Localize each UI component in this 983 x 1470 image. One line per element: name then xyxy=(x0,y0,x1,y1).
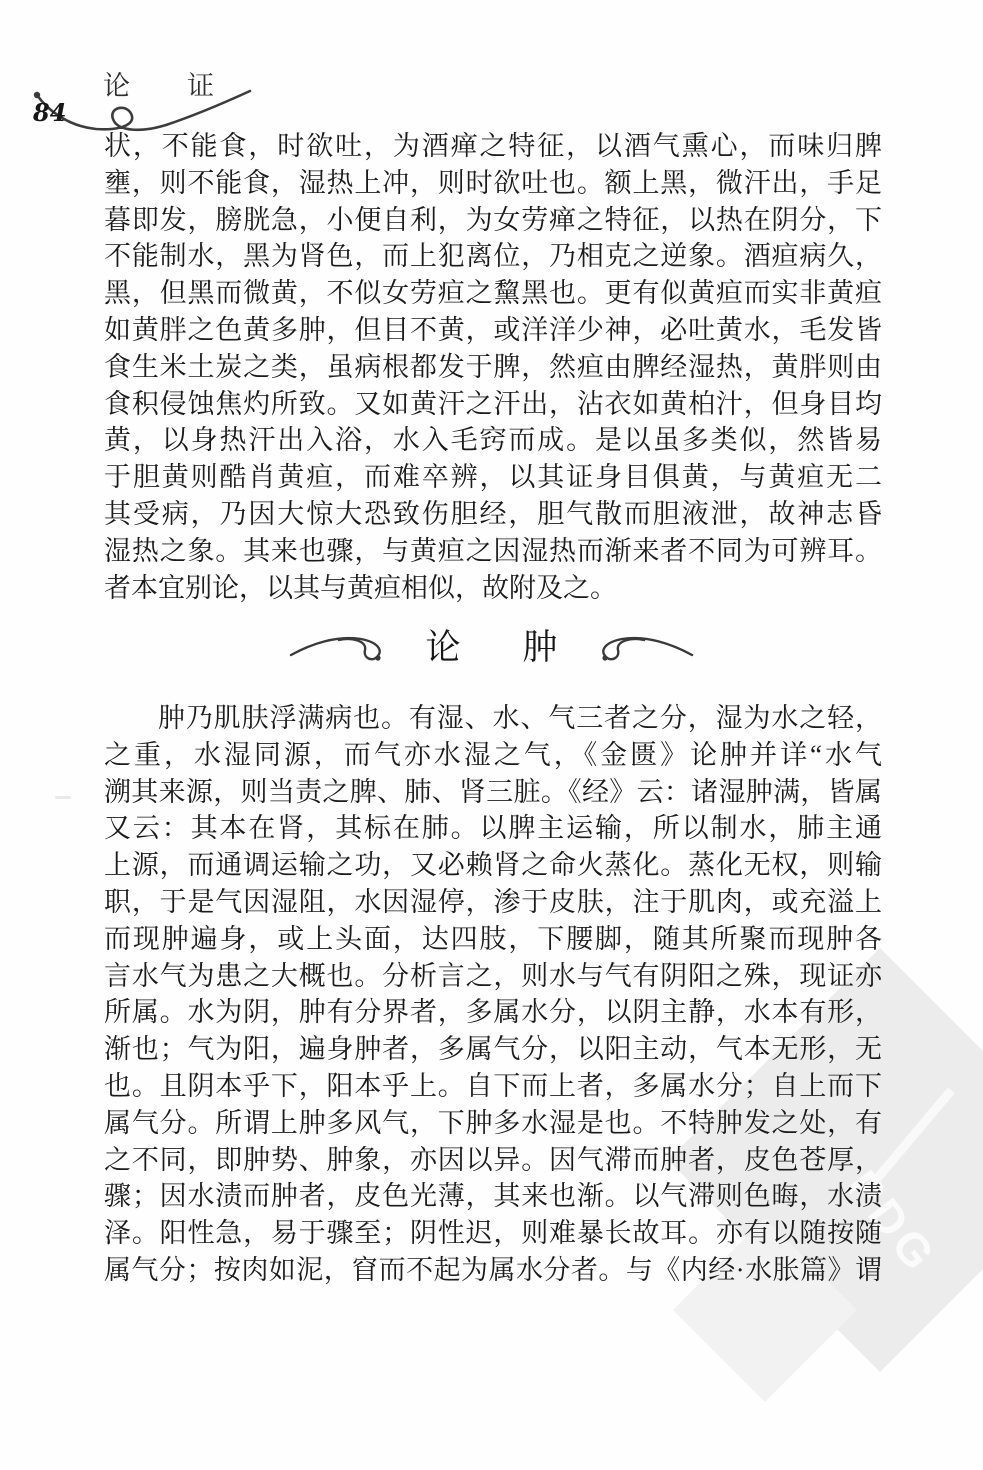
text-line: 骤；因水渍而肿者，皮色光薄，其来也渐。以气滞则色晦，水渍则色 xyxy=(104,1178,882,1215)
text-line: 壅，则不能食，湿热上冲，则时欲吐也。额上黑，微汗出，手足中热，薄 xyxy=(104,165,882,202)
text-line: 者本宜别论，以其与黄疸相似，故附及之。 xyxy=(104,570,882,607)
text-line: 于胆黄则酷肖黄疸，而难卒辨，以其证身目俱黄，与黄疸无二也。特 xyxy=(104,459,882,496)
text-line: 食生米土炭之类，虽病根都发于脾，然疸由脾经湿热，黄胖则由虫与 xyxy=(104,349,882,386)
text-line: 又云：其本在肾，其标在肺。以脾主运输，所以制水，肺主通调，为水 xyxy=(104,810,882,847)
section-heading: 论肿 xyxy=(0,620,983,676)
text-line: 泽。阳性急，易于骤至；阴性迟，则难暴长故耳。亦有以随按随起为 xyxy=(104,1215,882,1252)
section-heading-char: 肿 xyxy=(523,620,558,676)
text-line: 肿乃肌肤浮满病也。有湿、水、气三者之分，湿为水之轻，水为湿 xyxy=(104,700,882,737)
text-line: 上源，而通调运输之功，又必赖肾之命火蒸化。蒸化无权，则输调失 xyxy=(104,847,882,884)
text-line: 渐也；气为阳，遍身肿者，多属气分，以阳主动，气本无形，无处不达 xyxy=(104,1031,882,1068)
text-line: 食积侵蚀焦灼所致。又如黄汗之汗出，沾衣如黄柏汁，但身目均不现 xyxy=(104,386,882,423)
flourish-left-icon xyxy=(289,628,407,668)
text-line: 之重，水湿同源，而气亦水湿之气，《金匮》论肿并详“水气篇”中。若 xyxy=(104,737,882,774)
paragraph-edema-discussion: 肿乃肌肤浮满病也。有湿、水、气三者之分，湿为水之轻，水为湿 之重，水湿同源，而气… xyxy=(104,700,882,1289)
text-line: 湿热之象。其来也骤，与黄疸之因湿热而渐来者不同为可辨耳。三 xyxy=(104,533,882,570)
text-line: 不能制水，黑为肾色，而上犯离位，乃相克之逆象。酒疸病久，虽亦现 xyxy=(104,238,882,275)
scanned-book-page: 论证 84 状，不能食，时欲吐，为酒瘅之特征，以酒气熏心，而味归脾胃，湿热内 壅… xyxy=(0,0,983,1470)
text-line: 状，不能食，时欲吐，为酒瘅之特征，以酒气熏心，而味归脾胃，湿热内 xyxy=(104,128,882,165)
text-line: 言水气为患之大概也。分析言之，则水与气有阴阳之殊，现证亦各有 xyxy=(104,958,882,995)
scan-artifact-mark xyxy=(55,796,71,799)
paragraph-jaundice-discussion: 状，不能食，时欲吐，为酒瘅之特征，以酒气熏心，而味归脾胃，湿热内 壅，则不能食，… xyxy=(104,128,882,606)
text-line: 黄，以身热汗出入浴，水入毛窍而成。是以虽多类似，然皆易辨。至 xyxy=(104,422,882,459)
text-line: 属气分；按肉如泥，窅而不起为属水分者。与《内经·水胀篇》谓寒气 xyxy=(104,1252,882,1289)
page-number: 84 xyxy=(33,98,66,127)
section-heading-char: 论 xyxy=(425,620,460,676)
flourish-right-icon xyxy=(576,628,694,668)
text-line: 职，于是气因湿阻，水因湿停，渗于皮肤，注于肌肉，或充溢上下四旁， xyxy=(104,884,882,921)
text-line: 也。且阴本乎下，阳本乎上。自下而上者，多属水分；自上而下者，多 xyxy=(104,1068,882,1105)
text-line: 暮即发，膀胱急，小便自利，为女劳瘅之特征，以热在阴分，下焦虚，又 xyxy=(104,202,882,239)
text-line: 如黄胖之色黄多肿，但目不黄，或洋洋少神，必吐黄水，毛发皆直，好 xyxy=(104,312,882,349)
text-line: 之不同，即肿势、肿象，亦因以异。因气滞而肿者，皮色苍厚，其来也 xyxy=(104,1142,882,1179)
text-line: 其受病，乃因大惊大恐致伤胆经，胆气散而胆液泄，故神志昏沉，毫无 xyxy=(104,496,882,533)
text-line: 溯其来源，则当责之脾、肺、肾三脏。《经》云：诸湿肿满，皆属于脾。 xyxy=(104,774,882,811)
text-line: 所属。水为阴，肿有分界者，多属水分，以阴主静，水本有形，浸渍有 xyxy=(104,994,882,1031)
text-line: 而现肿遍身，或上头面，达四肢，下腰脚，随其所聚而现肿各部，此统 xyxy=(104,921,882,958)
text-line: 黑，但黑而微黄，不似女劳疸之黧黑也。更有似黄疸而实非黄疸者， xyxy=(104,275,882,312)
text-line: 属气分。所谓上肿多风气，下肿多水湿是也。不特肿发之处，有水气 xyxy=(104,1105,882,1142)
